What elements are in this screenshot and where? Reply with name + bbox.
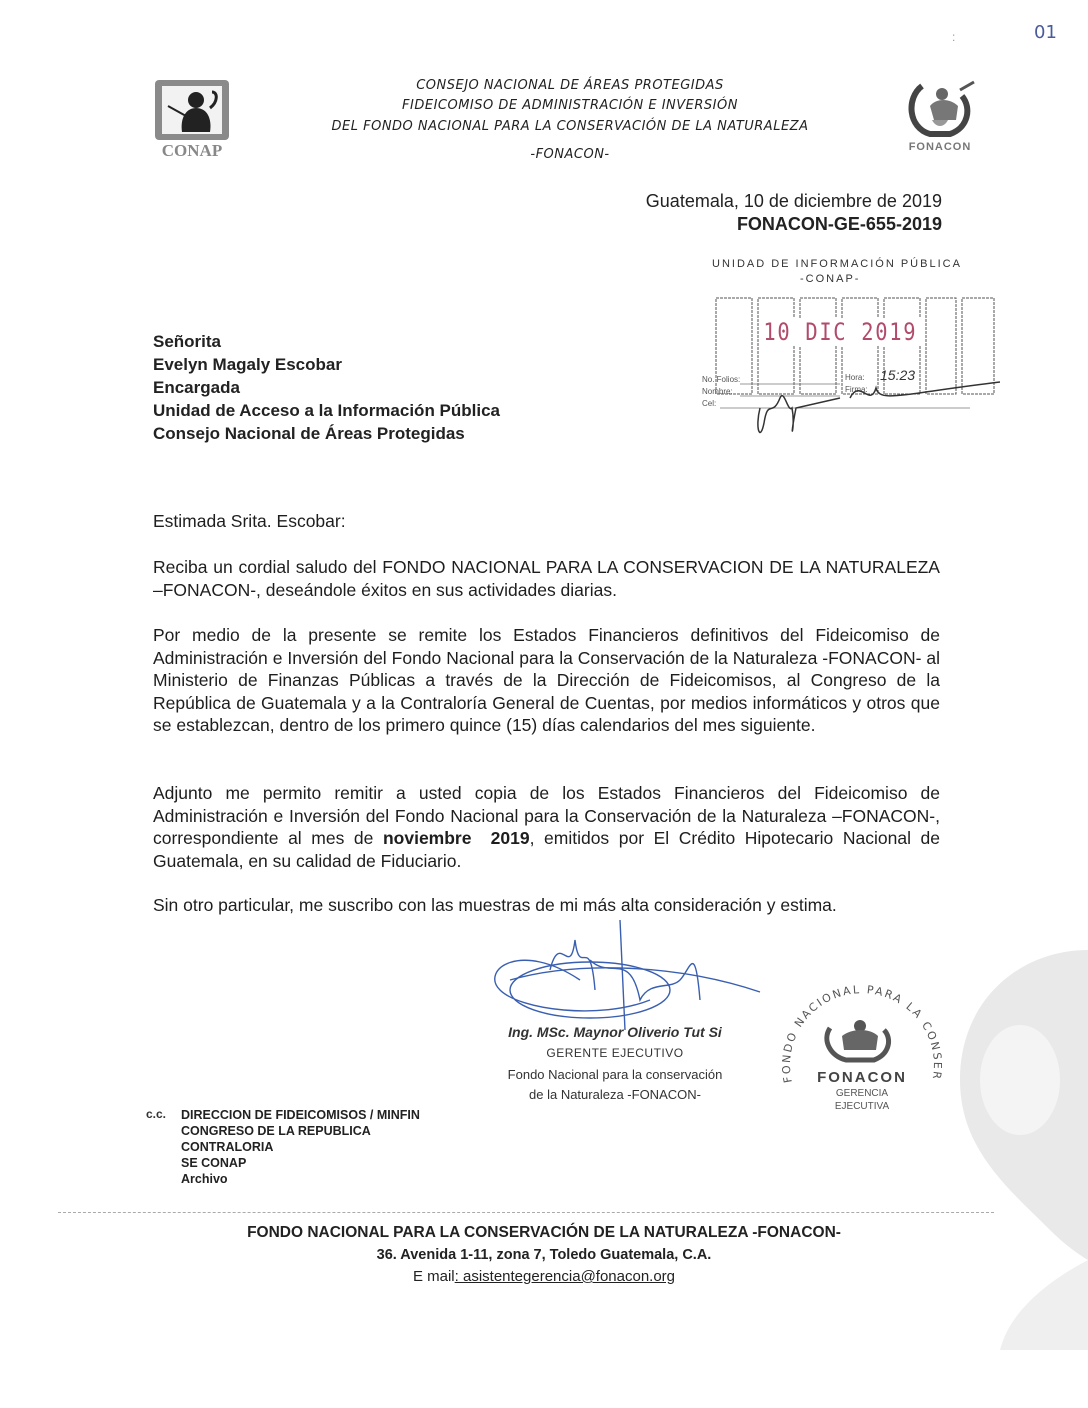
footer-email-line: E mail: asistentegerencia@fonacon.org — [0, 1268, 1088, 1285]
header-line-2: FIDEICOMISO DE ADMINISTRACIÓN E INVERSIÓ… — [250, 98, 890, 113]
svg-text:CONAP: CONAP — [162, 141, 222, 160]
svg-text:15:23: 15:23 — [880, 367, 915, 383]
conap-logo: CONAP — [152, 78, 232, 160]
svg-text:FONACON: FONACON — [909, 141, 972, 153]
official-seal: FONDO NACIONAL PARA LA CONSERVACION DE L… — [762, 972, 962, 1142]
header-line-1: CONSEJO NACIONAL DE ÁREAS PROTEGIDAS — [250, 78, 890, 93]
salutation: Estimada Srita. Escobar: — [153, 510, 940, 533]
footer-email-link[interactable]: : asistentegerencia@fonacon.org — [455, 1268, 675, 1285]
svg-text:No. Folios:: No. Folios: — [702, 375, 740, 384]
cc-item: CONGRESO DE LA REPUBLICA — [181, 1123, 420, 1139]
handwritten-signature — [480, 920, 780, 1030]
recipient-position: Encargada — [153, 376, 500, 399]
svg-text:Cel:: Cel: — [702, 399, 716, 408]
svg-text:EJECUTIVA: EJECUTIVA — [835, 1101, 890, 1112]
signer-org-line-2: de la Naturaleza -FONACON- — [490, 1087, 740, 1102]
svg-text:Hora:: Hora: — [845, 373, 865, 382]
paragraph-attachment: Adjunto me permito remitir a usted copia… — [153, 782, 940, 872]
signer-org-line-1: Fondo Nacional para la conservación — [490, 1067, 740, 1082]
header-line-4: -FONACON- — [250, 147, 890, 162]
cc-item: SE CONAP — [181, 1155, 420, 1171]
fonacon-seal-emblem-icon — [827, 1020, 889, 1060]
header-line-3: DEL FONDO NACIONAL PARA LA CONSERVACIÓN … — [250, 119, 890, 134]
footer-divider — [58, 1212, 994, 1213]
footer-address: 36. Avenida 1-11, zona 7, Toledo Guatema… — [0, 1247, 1088, 1263]
svg-text:FONACON: FONACON — [817, 1069, 907, 1086]
footer-email-label: E mail — [413, 1268, 455, 1285]
signer-name: Ing. MSc. Maynor Oliverio Tut Si — [490, 1024, 740, 1040]
cc-item: Archivo — [181, 1171, 420, 1187]
recipient-block: Señorita Evelyn Magaly Escobar Encargada… — [153, 330, 500, 445]
page-number: 01 — [1034, 22, 1057, 43]
attachment-month: noviembre — [383, 828, 472, 848]
cc-item: DIRECCION DE FIDEICOMISOS / MINFIN — [181, 1107, 420, 1123]
fonacon-emblem-icon: FONACON — [900, 76, 980, 154]
footer-org: FONDO NACIONAL PARA LA CONSERVACIÓN DE L… — [0, 1224, 1088, 1242]
recipient-salutation: Señorita — [153, 330, 500, 353]
monkey-icon: CONAP — [152, 78, 232, 160]
margin-mark: : — [952, 30, 955, 44]
signer-title: GERENTE EJECUTIVO — [490, 1046, 740, 1060]
recipient-institution: Consejo Nacional de Áreas Protegidas — [153, 422, 500, 445]
cc-list: DIRECCION DE FIDEICOMISOS / MINFIN CONGR… — [181, 1107, 420, 1187]
stamp-date: 10 DIC 2019 — [760, 318, 921, 346]
fonacon-logo: FONACON — [900, 76, 980, 154]
attachment-year: 2019 — [491, 828, 530, 848]
recipient-unit: Unidad de Acceso a la Información Públic… — [153, 399, 500, 422]
paragraph-remittance: Por medio de la presente se remite los E… — [153, 624, 940, 737]
svg-text:Nombre:: Nombre: — [702, 387, 733, 396]
closing: Sin otro particular, me suscribo con las… — [153, 894, 940, 917]
place-date: Guatemala, 10 de diciembre de 2019 — [646, 191, 942, 212]
received-stamp: No. Folios: Nombre: Cel: Hora: Firma: 15… — [700, 258, 1000, 448]
cc-label: c.c. — [146, 1107, 166, 1121]
recipient-name: Evelyn Magaly Escobar — [153, 353, 500, 376]
reference-number: FONACON-GE-655-2019 — [737, 214, 942, 235]
svg-text:FONDO NACIONAL PARA LA CONSERV: FONDO NACIONAL PARA LA CONSERVACION DE L… — [762, 972, 944, 1084]
svg-text:GERENCIA: GERENCIA — [836, 1088, 889, 1099]
cc-item: CONTRALORIA — [181, 1139, 420, 1155]
paragraph-greeting: Reciba un cordial saludo del FONDO NACIO… — [153, 556, 940, 601]
attachment-gap — [471, 828, 490, 848]
